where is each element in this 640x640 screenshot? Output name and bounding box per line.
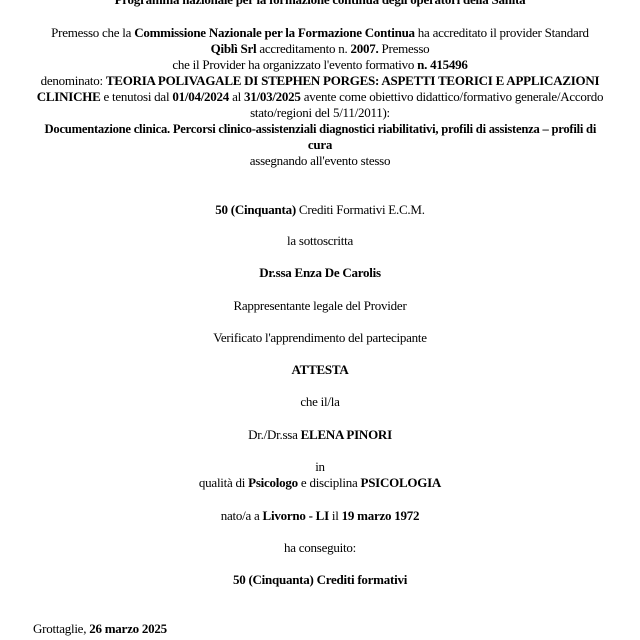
event-title-part1: TEORIA POLIVAGALE DI STEPHEN PORGES: ASP…	[106, 73, 600, 88]
objective-line-1: Documentazione clinica. Percorsi clinico…	[0, 121, 640, 137]
accreditation-text: accreditamento n.	[256, 41, 350, 56]
profession-line: qualità di Psicologo e disciplina PSICOL…	[0, 475, 640, 491]
participant-name-line: Dr./Dr.ssa ELENA PINORI	[0, 427, 640, 443]
objective-text-1: Documentazione clinica. Percorsi clinico…	[44, 121, 596, 136]
end-date: 31/03/2025	[244, 89, 301, 104]
participant-profession: Psicologo	[248, 475, 298, 490]
signatory-name: Dr.ssa Enza De Carolis	[259, 265, 381, 280]
objective-text-2: cura	[308, 137, 332, 152]
signatory-name-line: Dr.ssa Enza De Carolis	[0, 265, 640, 281]
credits-obtained-line: 50 (Cinquanta) Crediti formativi	[0, 572, 640, 588]
event-title-line: denominato: TEORIA POLIVAGALE DI STEPHEN…	[0, 73, 640, 89]
objective-line-2: cura	[0, 137, 640, 153]
attesta-heading: ATTESTA	[291, 362, 348, 377]
commission-name: Commissione Nazionale per la Formazione …	[134, 25, 415, 40]
verification-line: Verificato l'apprendimento del partecipa…	[0, 330, 640, 346]
place: Grottaglie,	[33, 621, 89, 636]
held-text: e tenutosi dal	[101, 89, 173, 104]
signatory-intro-line: la sottoscritta	[0, 233, 640, 249]
signatory-role-line: Rappresentante legale del Provider	[0, 298, 640, 314]
accredited-text: ha accreditato il provider Standard	[415, 25, 589, 40]
che-il-la-line: che il/la	[0, 394, 640, 410]
issue-date: 26 marzo 2025	[89, 621, 167, 636]
participant-name: ELENA PINORI	[301, 427, 392, 442]
start-date: 01/04/2024	[172, 89, 229, 104]
credits-assigned-line: 50 (Cinquanta) Crediti Formativi E.C.M.	[0, 202, 640, 218]
disciplina-label: e disciplina	[298, 475, 361, 490]
obtained-label: ha conseguito:	[284, 540, 356, 555]
credits-obtained: 50 (Cinquanta) Crediti formativi	[233, 572, 407, 587]
signatory-role: Rappresentante legale del Provider	[233, 298, 406, 313]
premesso-text: Premesso che la	[51, 25, 134, 40]
born-label: nato/a a	[221, 508, 263, 523]
accreditation-number: 2007.	[351, 41, 379, 56]
al-text: al	[229, 89, 244, 104]
program-title-text: Programma nazionale per la formazione co…	[115, 0, 526, 7]
credits-assigned-amount: 50 (Cinquanta)	[215, 202, 296, 217]
assigning-line: assegnando all'evento stesso	[0, 153, 640, 169]
event-title-part2: CLINICHE	[37, 89, 101, 104]
participant-discipline: PSICOLOGIA	[361, 475, 442, 490]
birth-line: nato/a a Livorno - LI il 19 marzo 1972	[0, 508, 640, 524]
premesso-line: Premesso che la Commissione Nazionale pe…	[0, 25, 640, 41]
in-line: in	[0, 459, 640, 475]
program-title: Programma nazionale per la formazione co…	[0, 0, 640, 8]
in-text: in	[315, 459, 325, 474]
birthplace: Livorno - LI	[263, 508, 329, 523]
denominato-label: denominato:	[41, 73, 106, 88]
objective-accord-text: stato/regioni del 5/11/2011):	[250, 105, 390, 120]
credits-assigned-label: Crediti Formativi E.C.M.	[296, 202, 425, 217]
signatory-intro: la sottoscritta	[287, 233, 353, 248]
assigning-text: assegnando all'evento stesso	[250, 153, 390, 168]
participant-title: Dr./Dr.ssa	[248, 427, 301, 442]
provider-line: Qiblì Srl accreditamento n. 2007. Premes…	[0, 41, 640, 57]
premesso-text-2: Premesso	[379, 41, 430, 56]
il-label: il	[329, 508, 342, 523]
verification-text: Verificato l'apprendimento del partecipa…	[213, 330, 427, 345]
qualita-label: qualità di	[199, 475, 248, 490]
event-dates-line: CLINICHE e tenutosi dal 01/04/2024 al 31…	[0, 89, 640, 105]
place-date-line: Grottaglie, 26 marzo 2025	[33, 621, 167, 637]
event-number: n. 415496	[417, 57, 467, 72]
birthdate: 19 marzo 1972	[342, 508, 420, 523]
objective-accord-line: stato/regioni del 5/11/2011):	[0, 105, 640, 121]
attesta-line: ATTESTA	[0, 362, 640, 378]
organized-line: che il Provider ha organizzato l'evento …	[0, 57, 640, 73]
provider-name: Qiblì Srl	[211, 41, 257, 56]
che-il-la-text: che il/la	[300, 394, 339, 409]
obtained-line: ha conseguito:	[0, 540, 640, 556]
organized-text: che il Provider ha organizzato l'evento …	[172, 57, 417, 72]
objective-text: avente come obiettivo didattico/formativ…	[301, 89, 604, 104]
